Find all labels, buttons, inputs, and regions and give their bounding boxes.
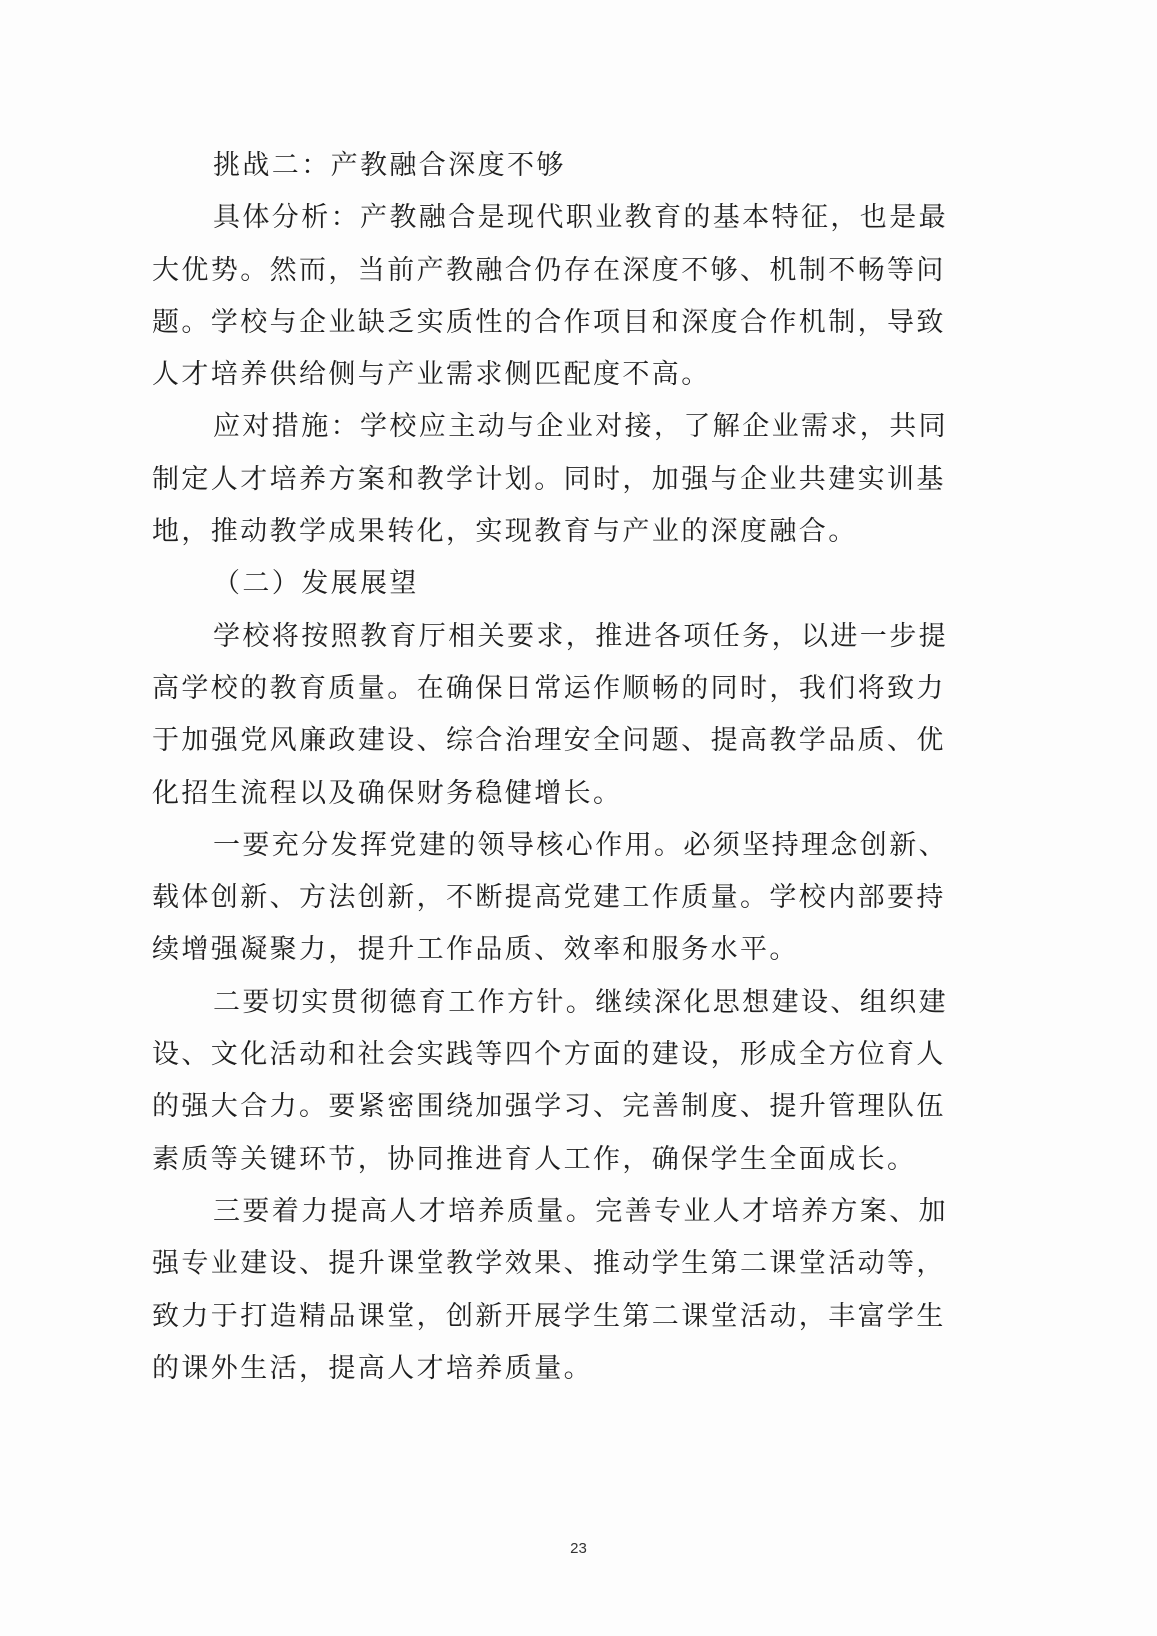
paragraph-line: 的课外生活，提高人才培养质量。 xyxy=(152,1343,972,1395)
paragraph-line: 设、文化活动和社会实践等四个方面的建设，形成全方位育人 xyxy=(152,1029,972,1081)
paragraph-line: 题。学校与企业缺乏实质性的合作项目和深度合作机制，导致 xyxy=(152,297,972,349)
paragraph-line: 续增强凝聚力，提升工作品质、效率和服务水平。 xyxy=(152,924,972,976)
paragraph-line: 大优势。然而，当前产教融合仍存在深度不够、机制不畅等问 xyxy=(152,245,972,297)
paragraph-line: 一要充分发挥党建的领导核心作用。必须坚持理念创新、 xyxy=(152,820,972,872)
paragraph-line: 载体创新、方法创新，不断提高党建工作质量。学校内部要持 xyxy=(152,872,972,924)
section-heading: （二）发展展望 xyxy=(152,558,972,610)
paragraph-line: 学校将按照教育厅相关要求，推进各项任务，以进一步提 xyxy=(152,611,972,663)
document-page: 挑战二：产教融合深度不够 具体分析：产教融合是现代职业教育的基本特征，也是最 大… xyxy=(0,0,1157,1636)
page-number: 23 xyxy=(0,1540,1157,1557)
paragraph-line: 应对措施：学校应主动与企业对接，了解企业需求，共同 xyxy=(152,401,972,453)
paragraph-line: 二要切实贯彻德育工作方针。继续深化思想建设、组织建 xyxy=(152,977,972,1029)
paragraph-line: 制定人才培养方案和教学计划。同时，加强与企业共建实训基 xyxy=(152,454,972,506)
paragraph-line: 人才培养供给侧与产业需求侧匹配度不高。 xyxy=(152,349,972,401)
paragraph-line: 于加强党风廉政建设、综合治理安全问题、提高教学品质、优 xyxy=(152,715,972,767)
paragraph-line: 化招生流程以及确保财务稳健增长。 xyxy=(152,768,972,820)
body-text: 挑战二：产教融合深度不够 具体分析：产教融合是现代职业教育的基本特征，也是最 大… xyxy=(152,140,972,1395)
paragraph-line: 素质等关键环节，协同推进育人工作，确保学生全面成长。 xyxy=(152,1134,972,1186)
paragraph-line: 的强大合力。要紧密围绕加强学习、完善制度、提升管理队伍 xyxy=(152,1081,972,1133)
challenge-heading: 挑战二：产教融合深度不够 xyxy=(152,140,972,192)
paragraph-line: 高学校的教育质量。在确保日常运作顺畅的同时，我们将致力 xyxy=(152,663,972,715)
paragraph-line: 地，推动教学成果转化，实现教育与产业的深度融合。 xyxy=(152,506,972,558)
paragraph-line: 强专业建设、提升课堂教学效果、推动学生第二课堂活动等， xyxy=(152,1238,972,1290)
paragraph-line: 致力于打造精品课堂，创新开展学生第二课堂活动，丰富学生 xyxy=(152,1291,972,1343)
paragraph-line: 具体分析：产教融合是现代职业教育的基本特征，也是最 xyxy=(152,192,972,244)
paragraph-line: 三要着力提高人才培养质量。完善专业人才培养方案、加 xyxy=(152,1186,972,1238)
